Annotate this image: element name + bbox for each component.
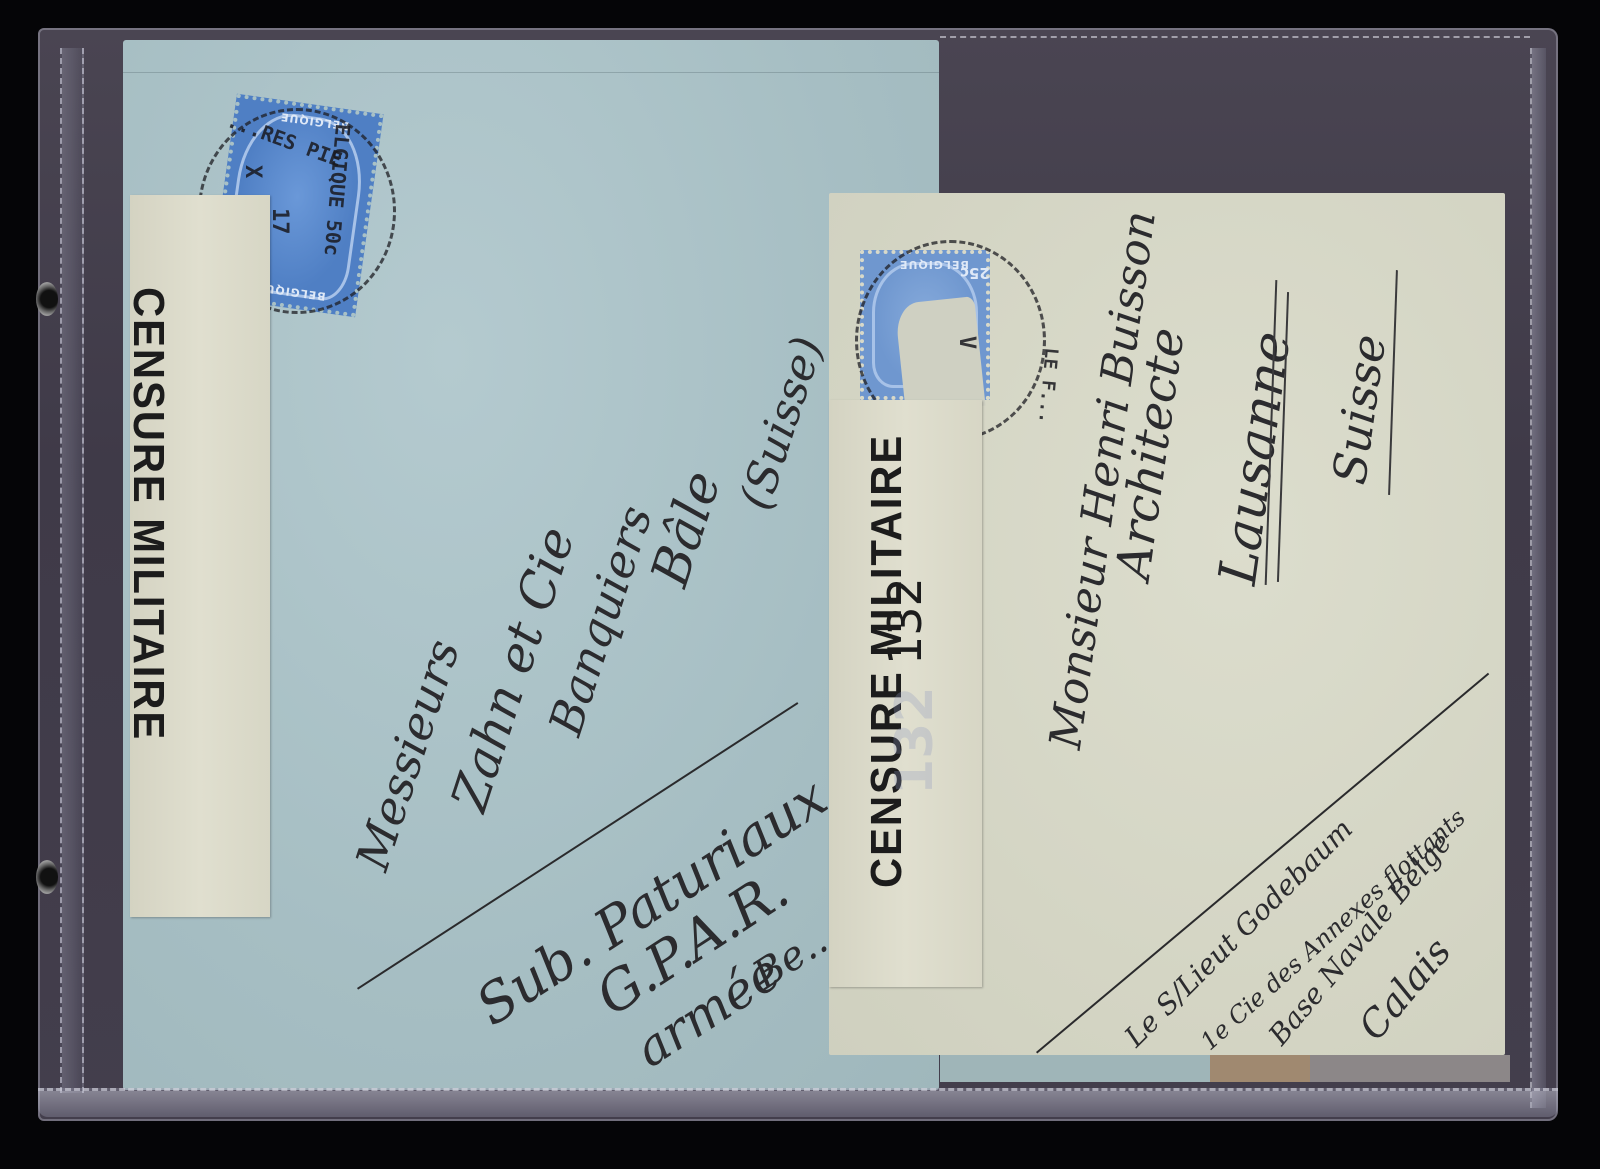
censor-text-left: CENSURE MILITAIRE — [123, 287, 173, 741]
envelope-flap-fold — [123, 72, 939, 73]
sleeve-right-stitching — [1530, 48, 1546, 1108]
censor-number: 132 — [878, 577, 932, 665]
cover-edge-strip-tan — [1210, 1055, 1310, 1082]
punch-hole-icon — [36, 282, 58, 316]
postmark-date-v: V — [954, 336, 979, 349]
punch-hole-icon — [36, 860, 58, 894]
postmark-date-17: 17 — [267, 208, 292, 235]
sleeve-top-stitching — [940, 28, 1530, 38]
cover-edge-strip-grey — [1310, 1055, 1510, 1082]
sleeve-bottom-stitching — [38, 1088, 1558, 1117]
cover-edge-strip-blue — [940, 1055, 1210, 1082]
sleeve-left-stitching — [60, 48, 84, 1093]
censor-number-ghost: 132 — [885, 686, 945, 795]
postmark-date-x: X — [240, 165, 265, 178]
